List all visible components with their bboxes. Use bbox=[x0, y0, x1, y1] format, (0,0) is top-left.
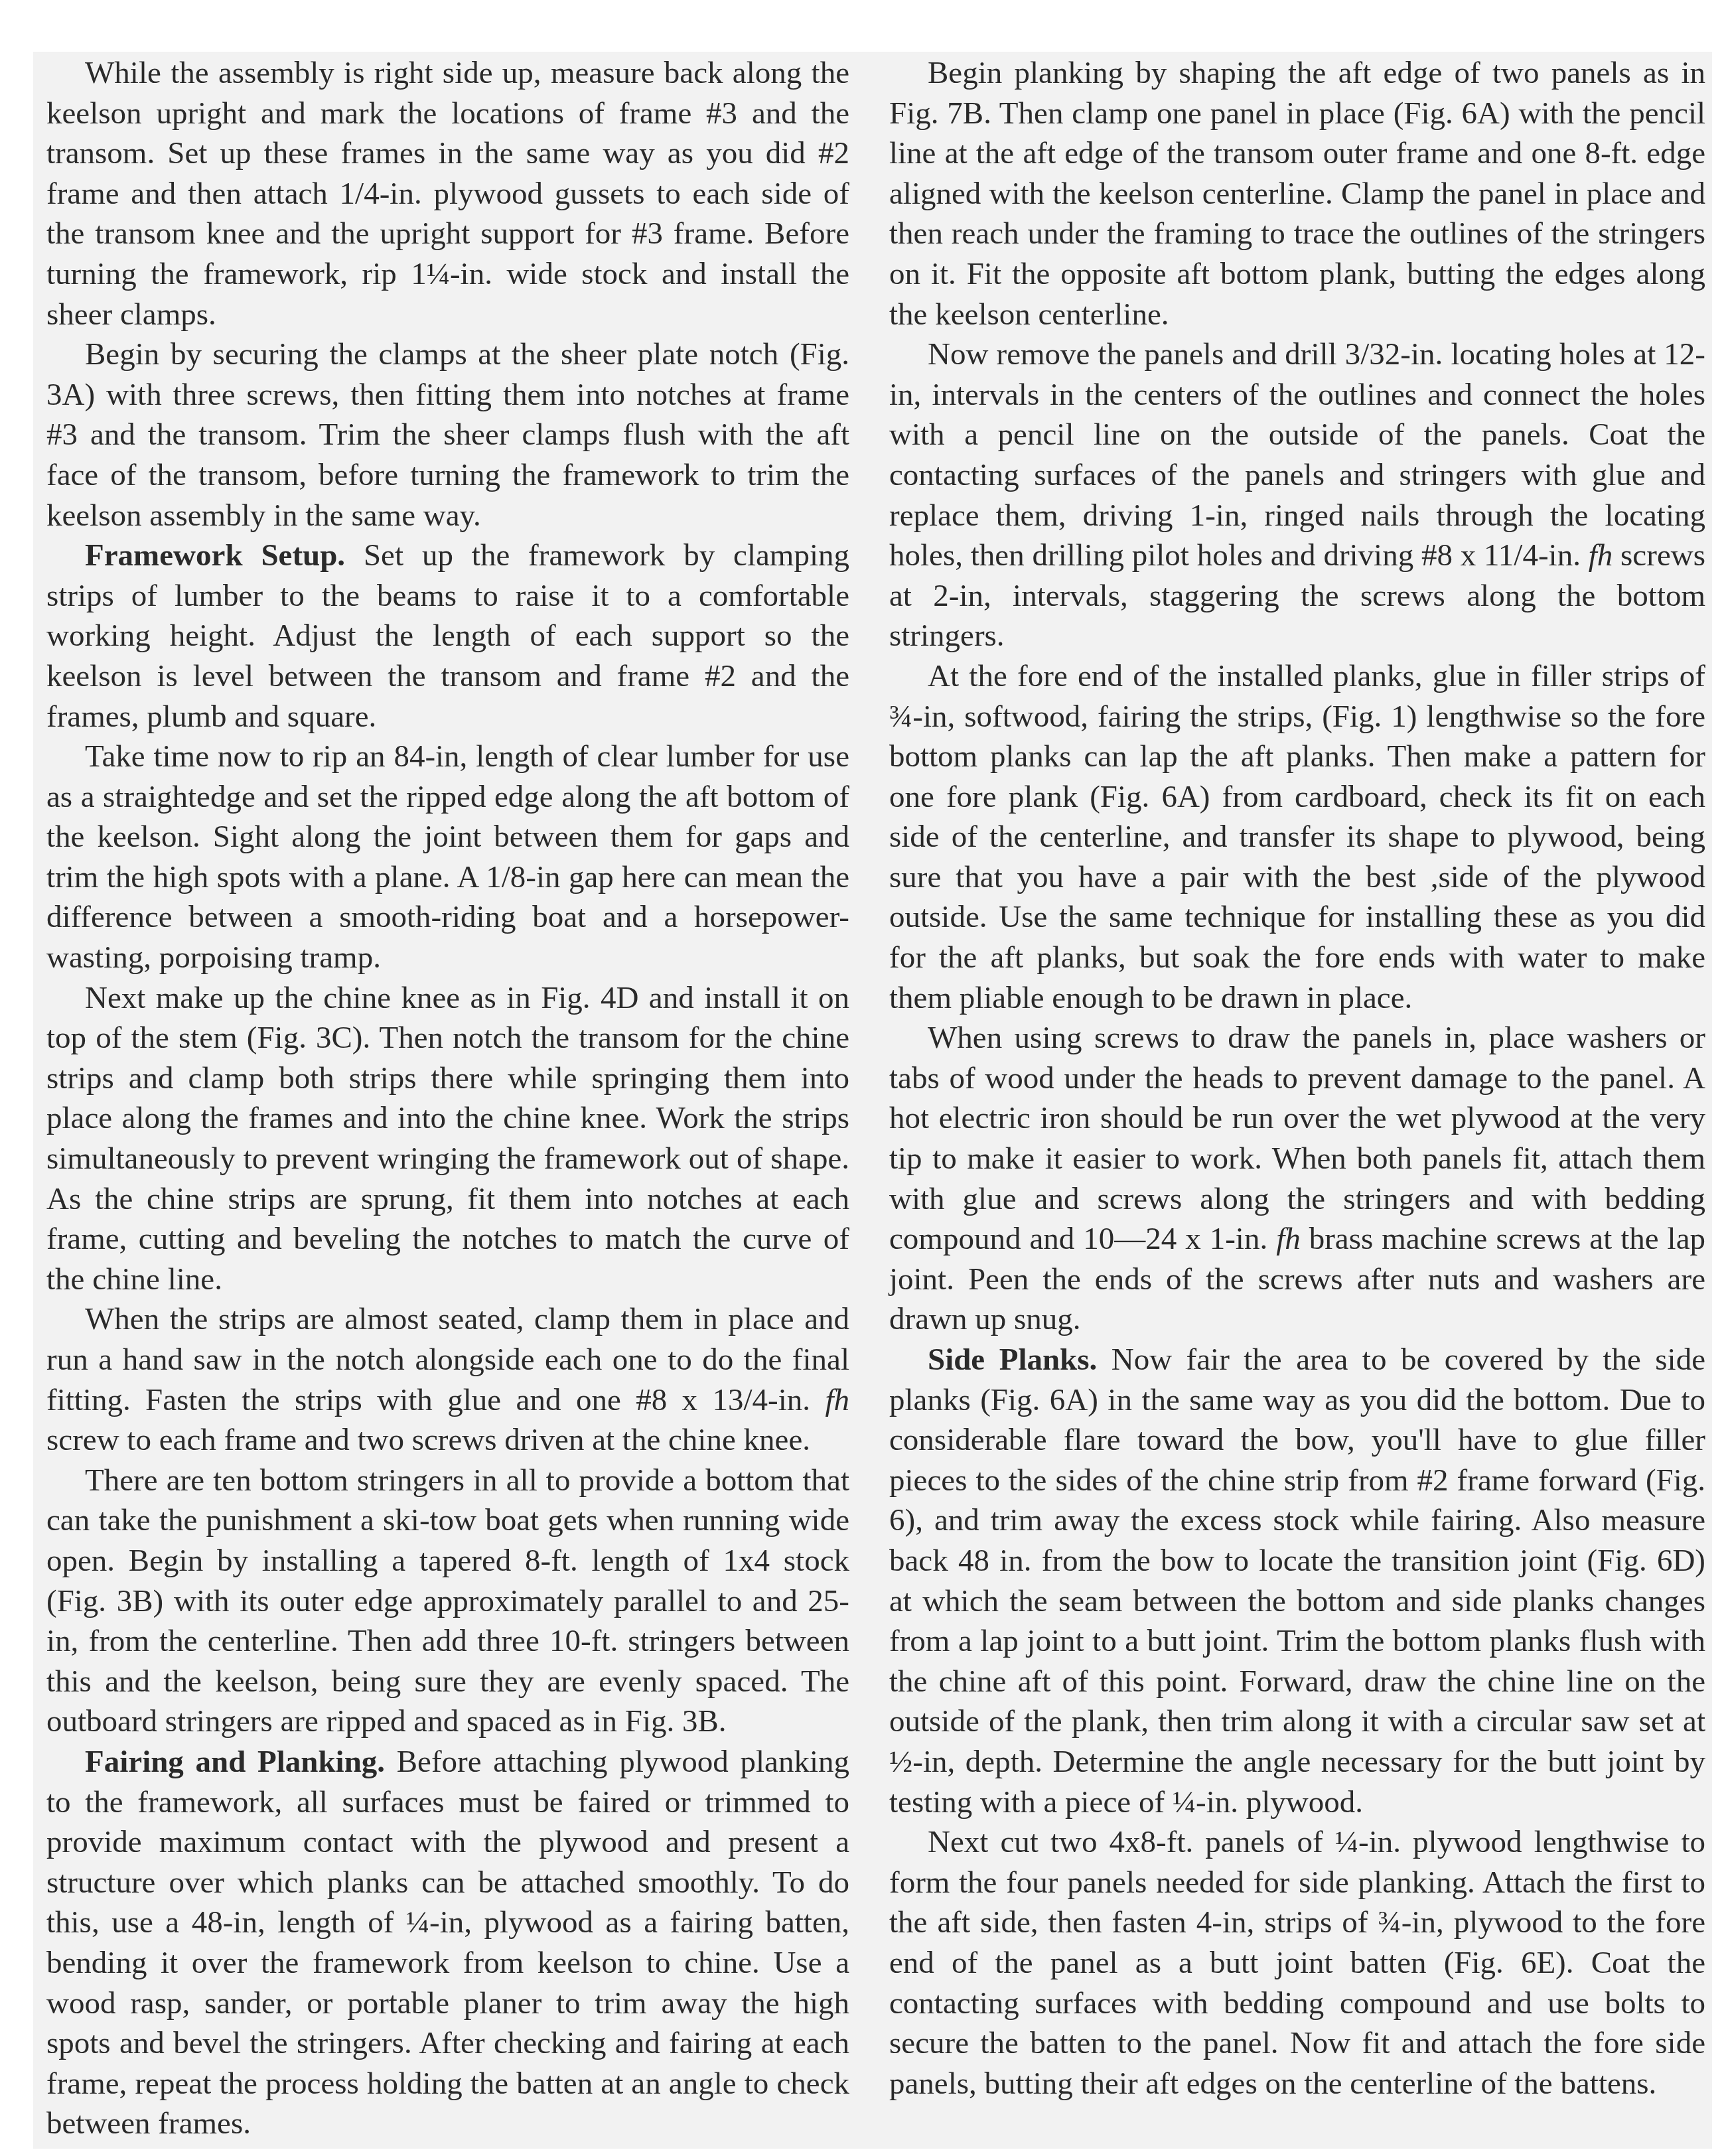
paragraph: Take time now to rip an 84-in, length of… bbox=[46, 737, 849, 978]
section-heading-framework-setup: Framework Setup. bbox=[85, 538, 345, 573]
paragraph: Framework Setup. Set up the framework by… bbox=[46, 536, 849, 737]
paragraph: Now remove the panels and drill 3/32-in.… bbox=[889, 334, 1705, 656]
paragraph-text: Take time now to rip an 84-in, length of… bbox=[46, 739, 849, 975]
paragraph-text: Now fair the area to be covered by the s… bbox=[889, 1342, 1705, 1820]
paragraph: Side Planks. Now fair the area to be cov… bbox=[889, 1340, 1705, 1822]
paragraph: Begin by securing the clamps at the shee… bbox=[46, 334, 849, 536]
paragraph-text: Before attaching plywood planking to the… bbox=[46, 1745, 849, 2141]
paragraph-text: screw to each frame and two screws drive… bbox=[46, 1423, 810, 1457]
section-heading-fairing-planking: Fairing and Planking. bbox=[85, 1745, 385, 1779]
paragraph-text: Begin planking by shaping the aft edge o… bbox=[889, 56, 1705, 332]
paragraph-text: While the assembly is right side up, mea… bbox=[46, 56, 849, 332]
italic-abbrev: fh bbox=[825, 1383, 849, 1417]
italic-abbrev: fh bbox=[1276, 1222, 1301, 1256]
paragraph-text: When the strips are almost seated, clamp… bbox=[46, 1302, 849, 1417]
paragraph: Next cut two 4x8-ft. panels of ¼-in. ply… bbox=[889, 1822, 1705, 2104]
paragraph-text: Next make up the chine knee as in Fig. 4… bbox=[46, 981, 849, 1297]
paragraph: Fairing and Planking. Before attaching p… bbox=[46, 1742, 849, 2144]
right-text-column: Begin planking by shaping the aft edge o… bbox=[889, 53, 1705, 2104]
paragraph-text: Now remove the panels and drill 3/32-in.… bbox=[889, 337, 1705, 573]
section-heading-side-planks: Side Planks. bbox=[928, 1342, 1097, 1377]
paragraph-text: Next cut two 4x8-ft. panels of ¼-in. ply… bbox=[889, 1825, 1705, 2101]
left-text-column: While the assembly is right side up, mea… bbox=[46, 53, 849, 2144]
paragraph-text: When using screws to draw the panels in,… bbox=[889, 1021, 1705, 1256]
italic-abbrev: fh bbox=[1589, 538, 1613, 573]
paragraph: While the assembly is right side up, mea… bbox=[46, 53, 849, 334]
paragraph: Begin planking by shaping the aft edge o… bbox=[889, 53, 1705, 334]
paragraph-text: Begin by securing the clamps at the shee… bbox=[46, 337, 849, 532]
paragraph-text: There are ten bottom stringers in all to… bbox=[46, 1463, 849, 1739]
paragraph: There are ten bottom stringers in all to… bbox=[46, 1461, 849, 1742]
paragraph: When the strips are almost seated, clamp… bbox=[46, 1299, 849, 1460]
paragraph: Next make up the chine knee as in Fig. 4… bbox=[46, 978, 849, 1300]
paragraph: At the fore end of the installed planks,… bbox=[889, 656, 1705, 1018]
paragraph-text: At the fore end of the installed planks,… bbox=[889, 659, 1705, 1015]
paragraph: When using screws to draw the panels in,… bbox=[889, 1018, 1705, 1340]
